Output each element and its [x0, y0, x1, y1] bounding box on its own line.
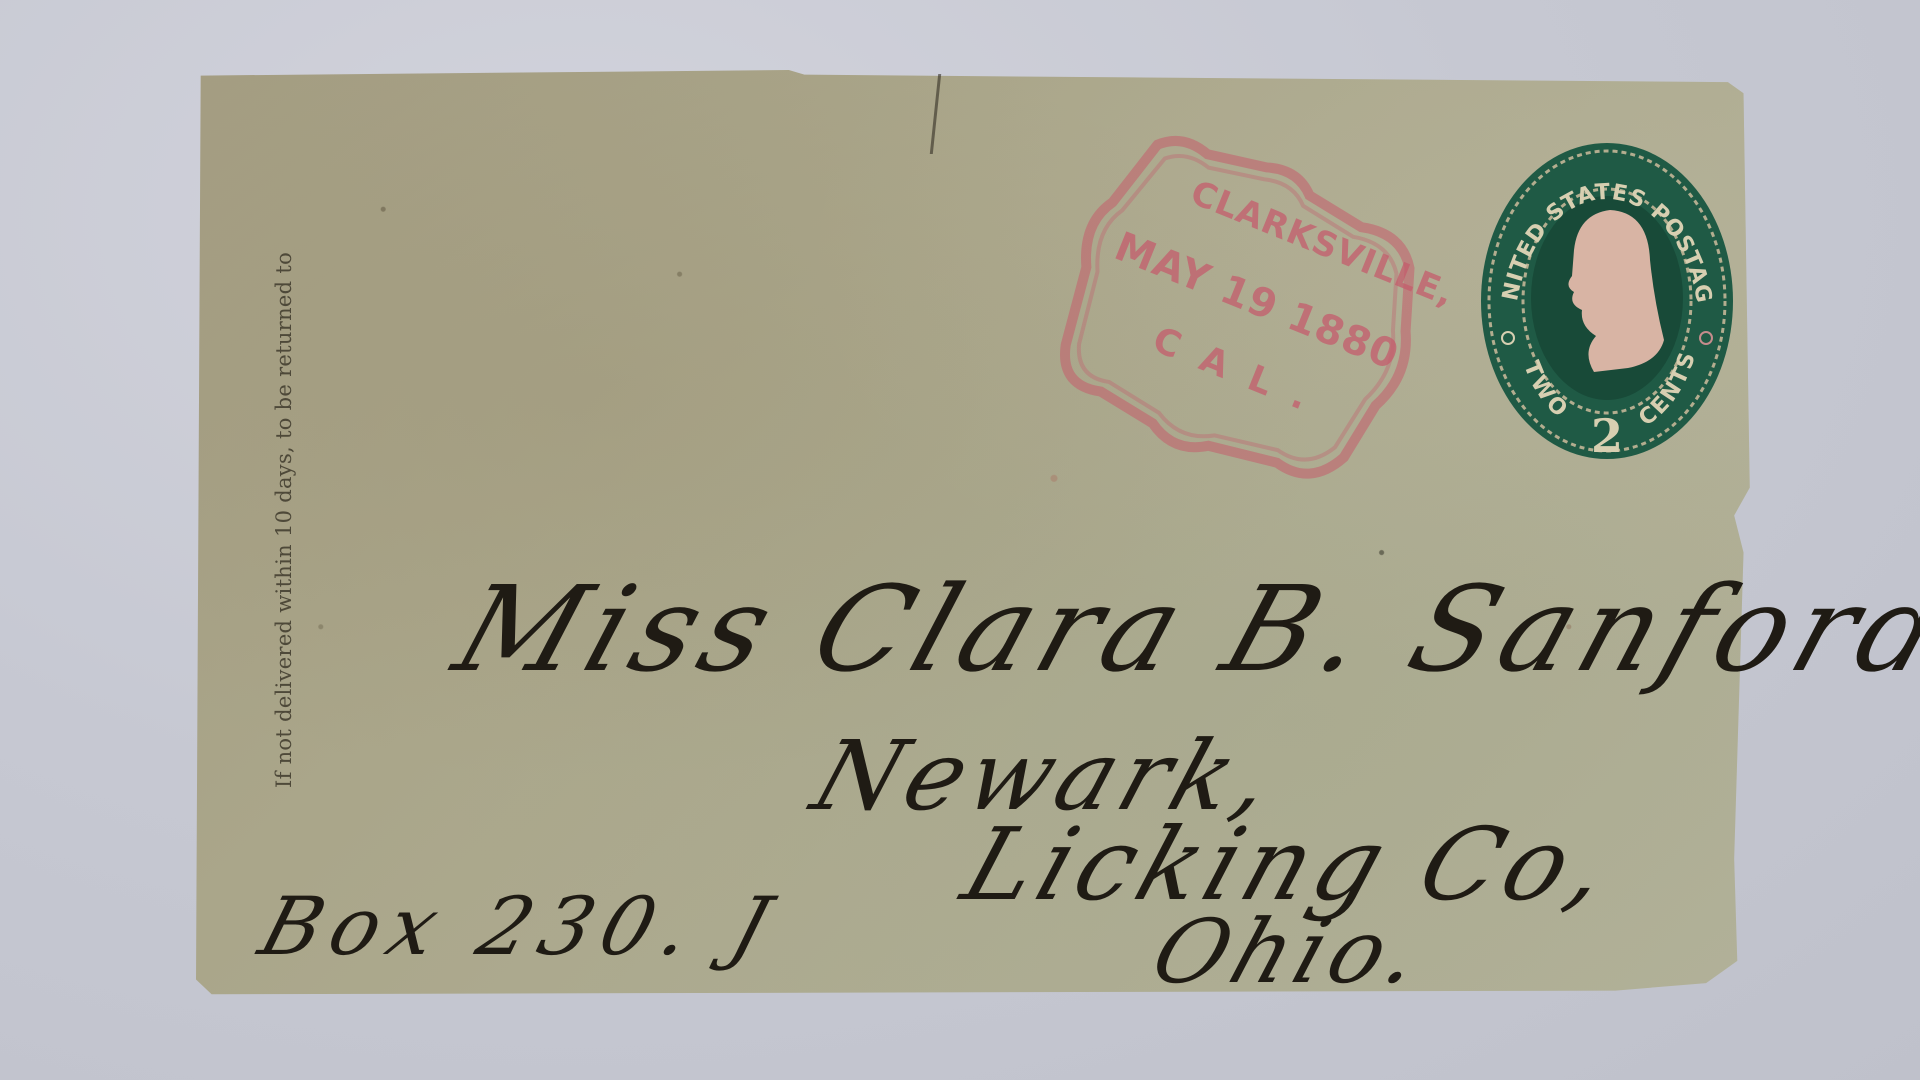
- stamp-denomination: 2: [1591, 409, 1623, 462]
- box-note: Box 230. J: [250, 880, 790, 973]
- address-name: Miss Clara B. Sanford,: [440, 560, 1920, 698]
- return-notice-text: If not delivered within 10 days, to be r…: [272, 252, 296, 788]
- embossed-stamp: UNITED STATES POSTAGE TWO CENTS 2: [1478, 140, 1736, 462]
- stamp-portrait-icon: UNITED STATES POSTAGE TWO CENTS 2: [1478, 140, 1736, 462]
- address-state: Ohio.: [1140, 900, 1440, 1003]
